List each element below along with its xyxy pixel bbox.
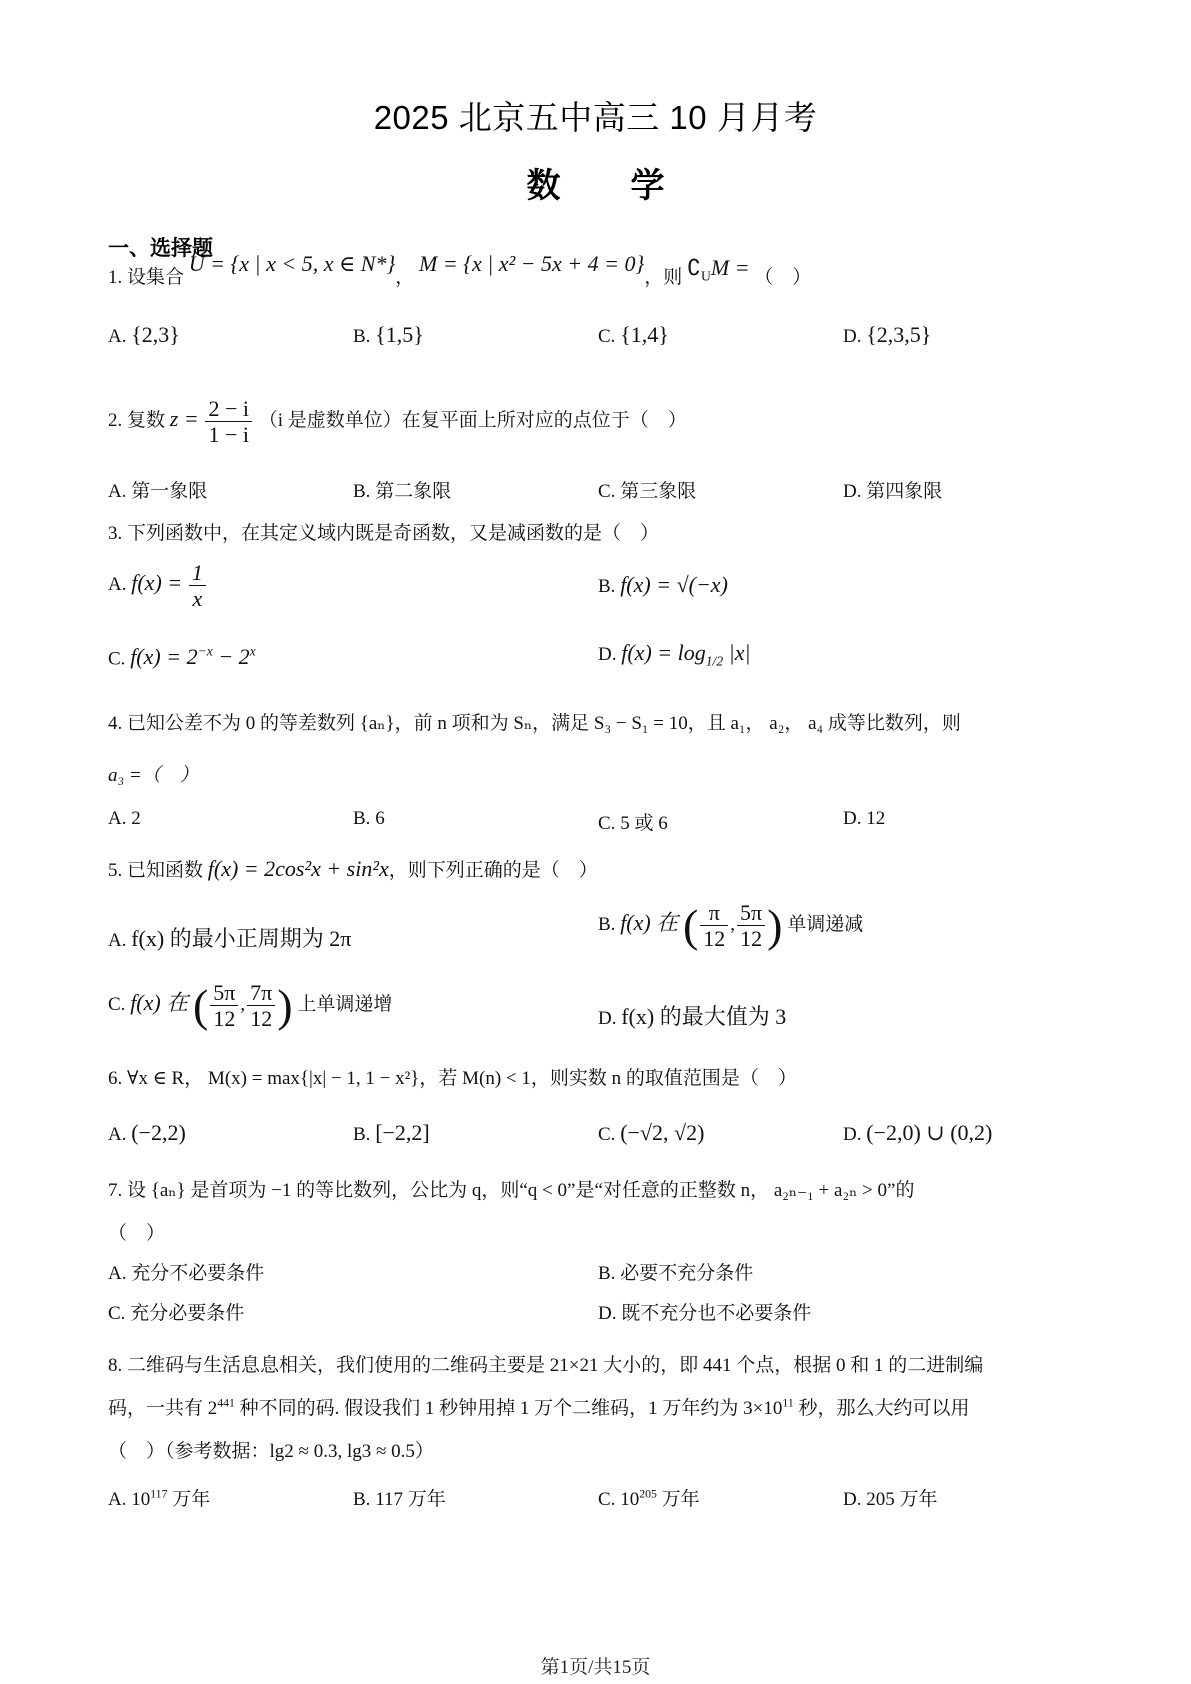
option-8a: A. 10117 万年: [108, 1484, 210, 1511]
formula-set-u: U = {x | x < 5, x ∈ N*}: [189, 251, 395, 276]
question-4: 4. 已知公差不为 0 的等差数列 {aₙ}，前 n 项和为 Sₙ，满足 S₃ …: [108, 708, 961, 735]
option-3c: C. f(x) = 2−x − 2x: [108, 644, 256, 670]
subject-char: 学: [631, 158, 665, 207]
exam-title: 2025 北京五中高三 10 月月考: [0, 92, 1191, 139]
option-3d: D. f(x) = log1/2 |x|: [598, 640, 751, 669]
question-stem: 设集合: [127, 267, 184, 288]
question-7: 7. 设 {aₙ} 是首项为 −1 的等比数列，公比为 q，则“q < 0”是“…: [108, 1175, 914, 1202]
fraction: 1x: [189, 560, 206, 612]
question-2: 2. 复数 z = 2 − i1 − i （i 是虚数单位）在复平面上所对应的点…: [108, 396, 687, 448]
question-number: 5.: [108, 860, 122, 881]
question-stem: 已知函数: [127, 860, 203, 881]
option-1b: B. {1,5}: [353, 322, 424, 348]
option-2a: A. 第一象限: [108, 476, 207, 503]
question-number: 8.: [108, 1355, 122, 1376]
page-number: 第1页/共15页: [0, 1652, 1191, 1679]
question-8: 8. 二维码与生活息息相关，我们使用的二维码主要是 21×21 大小的，即 44…: [108, 1350, 983, 1377]
complement-symbol: ∁UM =: [687, 255, 750, 280]
separator: ，: [395, 267, 414, 288]
option-5c: C. f(x) 在 (5π12,7π12) 上单调递增: [108, 980, 392, 1032]
question-stem: 设 {aₙ} 是首项为 −1 的等比数列，公比为 q，则“q < 0”是“对任意…: [127, 1180, 914, 1201]
question-stem: 二维码与生活息息相关，我们使用的二维码主要是 21×21 大小的，即 441 个…: [127, 1355, 983, 1376]
question-1: 1. 设集合 U = {x | x < 5, x ∈ N*}， M = {x |…: [108, 262, 811, 292]
question-8-line3: （ ）（参考数据：lg2 ≈ 0.3, lg3 ≈ 0.5）: [108, 1436, 434, 1463]
option-5d: D. f(x) 的最大值为 3: [598, 1000, 786, 1031]
option-4d: D. 12: [843, 808, 885, 830]
option-6a: A. (−2,2): [108, 1120, 186, 1146]
formula-set-m: M = {x | x² − 5x + 4 = 0}: [419, 251, 644, 276]
option-5a: A. f(x) 的最小正周期为 2π: [108, 922, 351, 953]
option-4a: A. 2: [108, 808, 141, 830]
option-1a: A. {2,3}: [108, 322, 180, 348]
option-7b: B. 必要不充分条件: [598, 1258, 753, 1285]
subject-title: 数学: [0, 158, 1191, 207]
option-3a: A. f(x) = 1x: [108, 560, 208, 612]
option-7d: D. 既不充分也不必要条件: [598, 1298, 811, 1325]
option-2d: D. 第四象限: [843, 476, 942, 503]
question-stem: ，则: [644, 267, 682, 288]
option-4c: C. 5 或 6: [598, 808, 668, 835]
question-number: 4.: [108, 713, 122, 734]
question-stem: a₃ =（ ）: [108, 765, 199, 786]
subject-char: 数: [527, 158, 561, 207]
question-7-line2: （ ）: [108, 1218, 165, 1245]
option-1d: D. {2,3,5}: [843, 322, 931, 348]
option-2c: C. 第三象限: [598, 476, 696, 503]
question-number: 1.: [108, 267, 122, 288]
question-number: 6.: [108, 1068, 122, 1089]
option-4b: B. 6: [353, 808, 385, 830]
question-stem: 复数: [127, 410, 165, 431]
formula: f(x) = 2cos²x + sin²x: [208, 856, 389, 881]
option-7c: C. 充分必要条件: [108, 1298, 244, 1325]
question-number: 7.: [108, 1180, 122, 1201]
option-8d: D. 205 万年: [843, 1484, 938, 1511]
question-4-line2: a₃ =（ ）: [108, 760, 199, 787]
option-3b: B. f(x) = √(−x): [598, 572, 728, 598]
question-stem: 已知公差不为 0 的等差数列 {aₙ}，前 n 项和为 Sₙ，满足 S₃ − S…: [127, 713, 961, 734]
option-8c: C. 10205 万年: [598, 1484, 700, 1511]
answer-blank: （ ）: [754, 267, 811, 288]
question-6: 6. ∀x ∈ R， M(x) = max{|x| − 1, 1 − x²}，若…: [108, 1063, 797, 1090]
reference-data: （ ）（参考数据：lg2 ≈ 0.3, lg3 ≈ 0.5）: [108, 1441, 434, 1462]
question-3: 3. 下列函数中，在其定义域内既是奇函数，又是减函数的是（ ）: [108, 518, 659, 545]
option-1c: C. {1,4}: [598, 322, 669, 348]
question-stem: ∀x ∈ R， M(x) = max{|x| − 1, 1 − x²}，若 M(…: [127, 1068, 797, 1089]
option-7a: A. 充分不必要条件: [108, 1258, 264, 1285]
option-8b: B. 117 万年: [353, 1484, 446, 1511]
option-6b: B. [−2,2]: [353, 1120, 430, 1146]
question-8-line2: 码，一共有 2441 种不同的码. 假设我们 1 秒钟用掉 1 万个二维码，1 …: [108, 1393, 970, 1420]
question-stem: （i 是虚数单位）在复平面上所对应的点位于（ ）: [259, 410, 687, 431]
question-stem: ，则下列正确的是（ ）: [389, 860, 598, 881]
fraction: 2 − i1 − i: [205, 396, 252, 448]
option-6c: C. (−√2, √2): [598, 1120, 704, 1146]
question-stem: 下列函数中，在其定义域内既是奇函数，又是减函数的是（ ）: [127, 523, 659, 544]
formula-variable: z =: [170, 406, 199, 431]
option-5b: B. f(x) 在 (π12,5π12) 单调递减: [598, 900, 863, 952]
question-5: 5. 已知函数 f(x) = 2cos²x + sin²x，则下列正确的是（ ）: [108, 855, 598, 882]
answer-blank: （ ）: [108, 1223, 165, 1244]
question-number: 2.: [108, 410, 122, 431]
option-2b: B. 第二象限: [353, 476, 451, 503]
option-6d: D. (−2,0) ∪ (0,2): [843, 1120, 992, 1146]
question-number: 3.: [108, 523, 122, 544]
